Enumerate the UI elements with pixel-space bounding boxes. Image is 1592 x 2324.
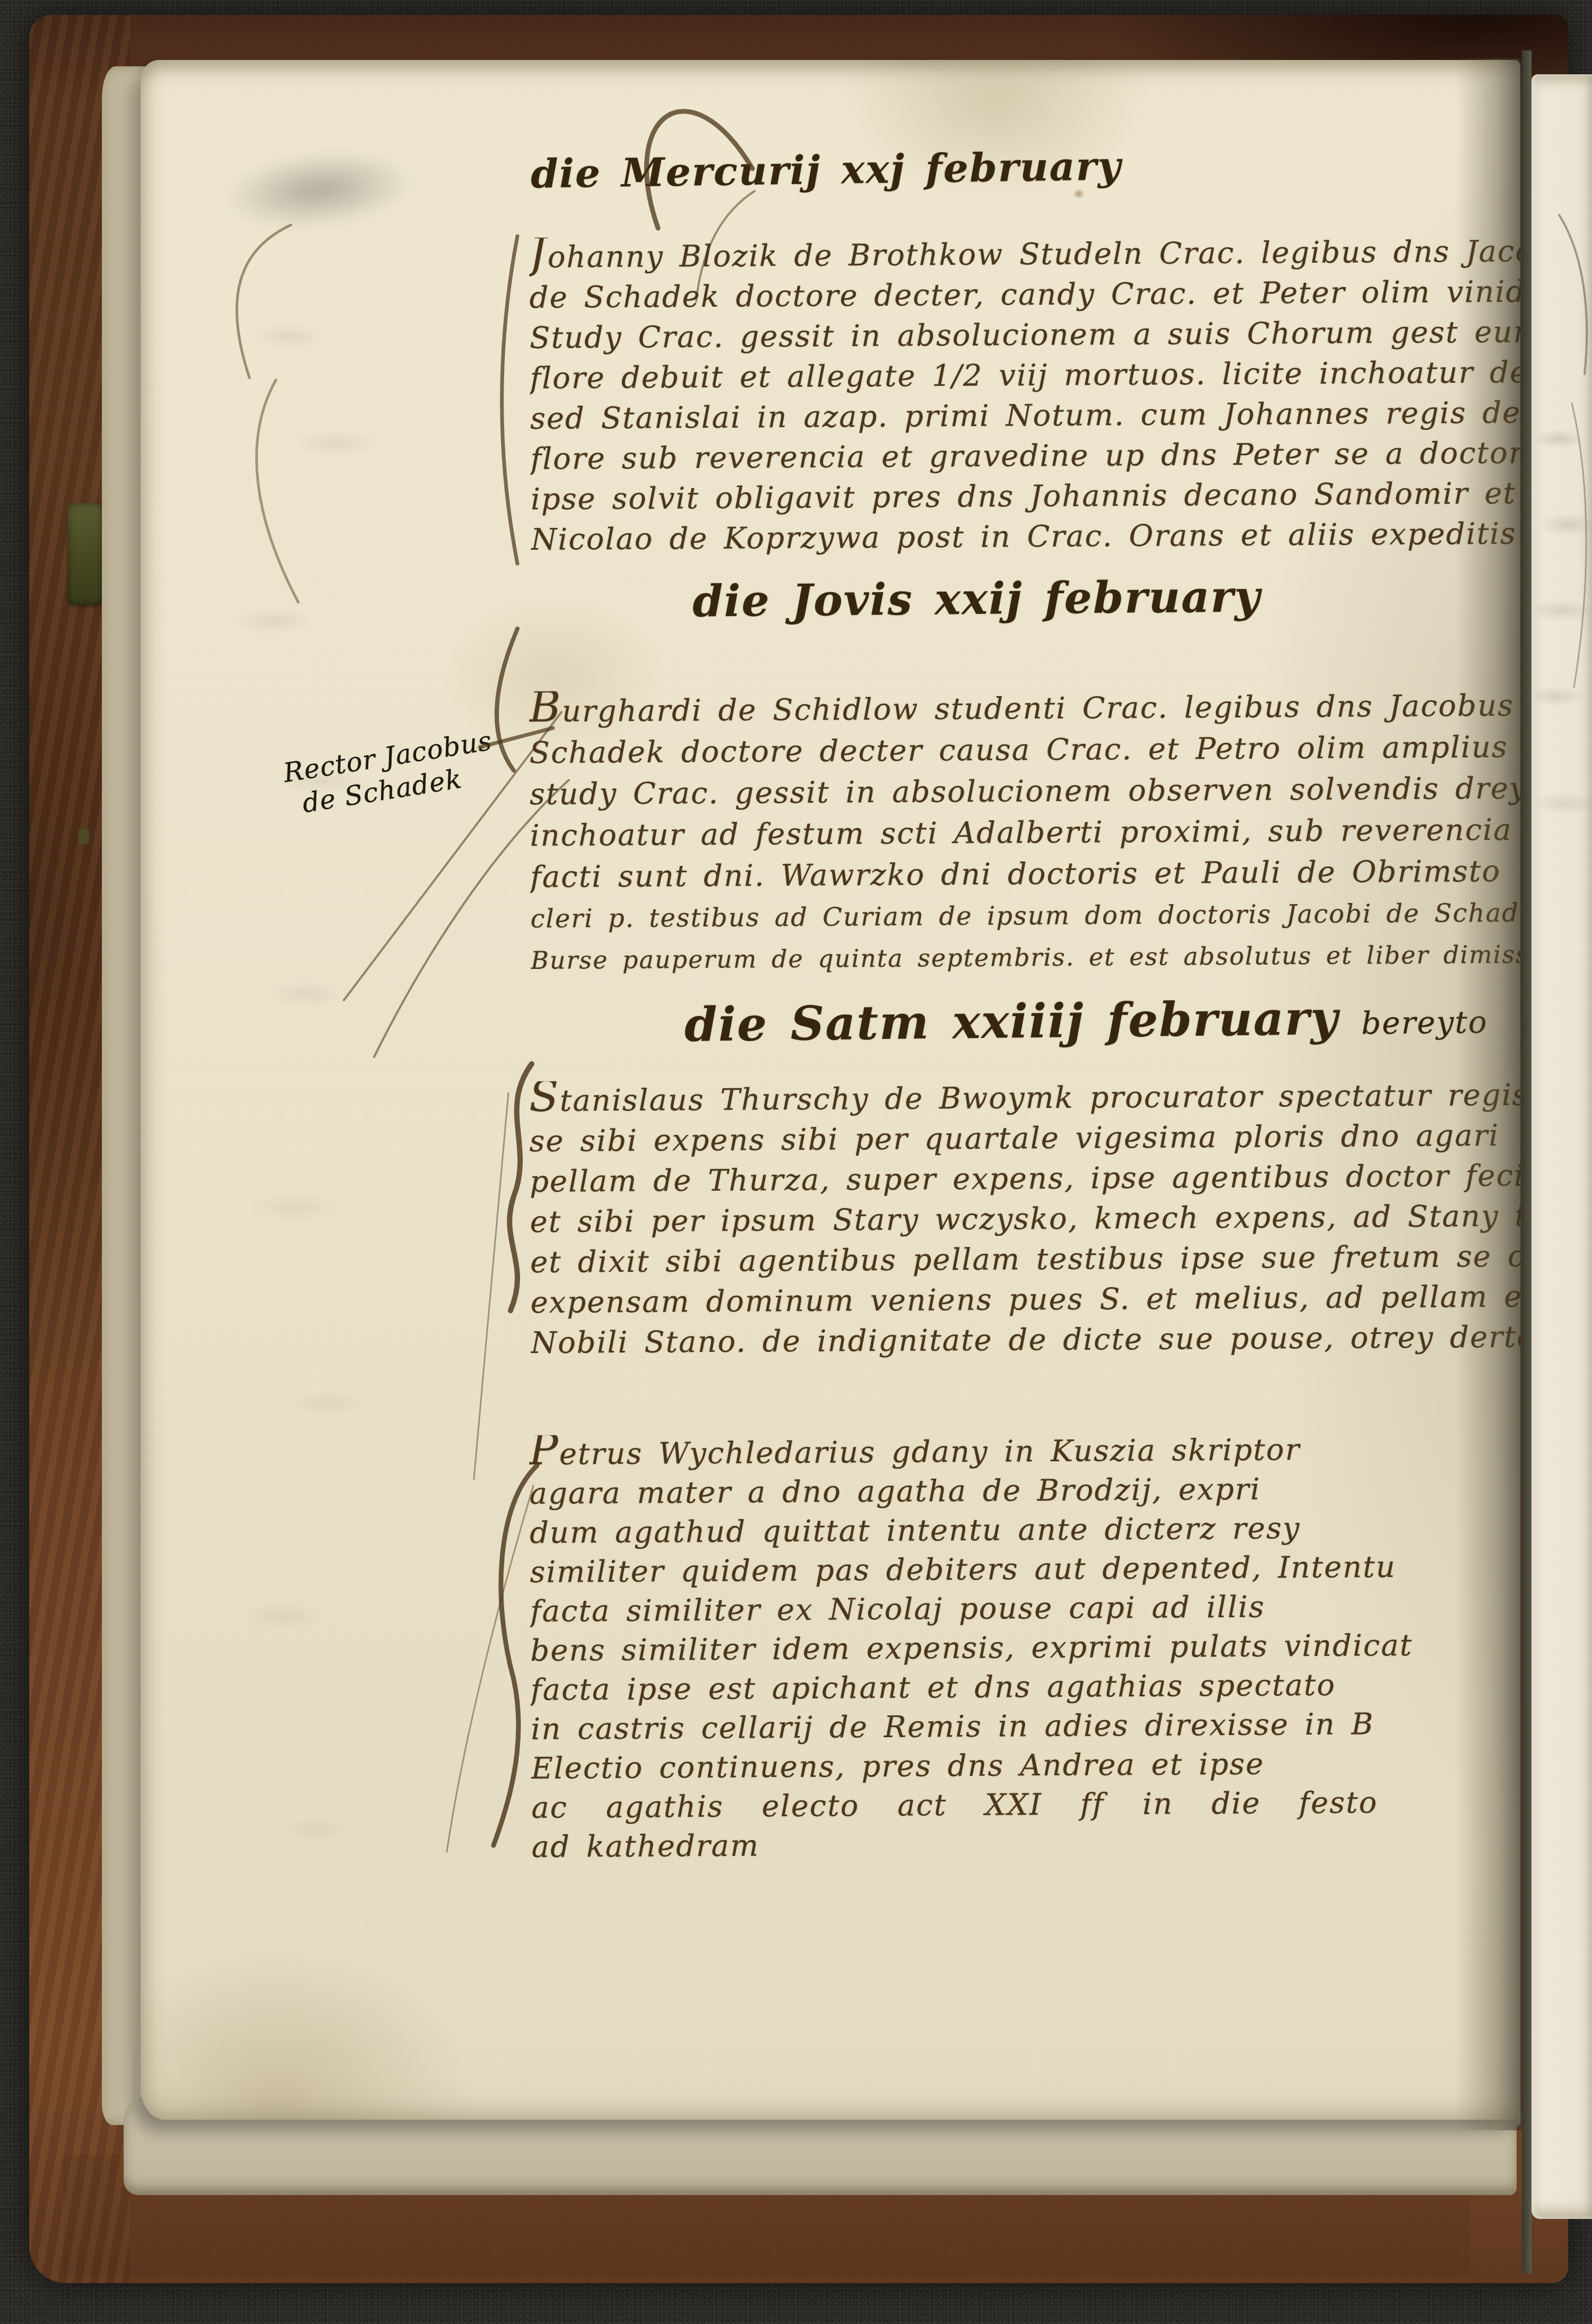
entry-line: similiter quidem pas debiters aut depent… [530,1547,1520,1592]
ink-bleed-through [162,230,480,2007]
entry-line: Nobili Stano. de indignitate de dicte su… [531,1317,1520,1364]
entry-line: Nicolao de Koprzywa post in Crac. Orans … [531,514,1520,560]
entry-line: pellam de Thurza, super expens, ipse age… [530,1156,1520,1202]
entry-line: study Crac. gessit in absolucionem obser… [530,768,1520,816]
entry-line: flore debuit et allegate 1/2 viij mortuo… [530,353,1520,399]
entry-block-1: Johanny Blozik de Brothkow Studeln Crac.… [529,232,1520,560]
entry-line: bens similiter idem expensis, exprimi pu… [530,1626,1520,1671]
entry-line: Stanislaus Thurschy de Bwoymk procurator… [529,1076,1520,1122]
entry-line: Burse pauperum de quinta septembris. et … [531,934,1520,981]
gutter-slot [1522,50,1532,2274]
entry-line: se sibi expens sibi per quartale vigesim… [529,1116,1520,1162]
clasp-strap-remnant [67,503,102,605]
entry-line: ad kathedram [532,1822,1520,1867]
entry-line: cleri p. testibus ad Curiam de ipsum dom… [530,892,1520,940]
entry-block-3: Stanislaus Thurschy de Bwoymk procurator… [529,1076,1520,1364]
gutter-shadow [1455,58,1525,2130]
date-heading-3-text: die Satm xxiiij february [684,990,1339,1052]
entry-line: Johanny Blozik de Brothkow Studeln Crac.… [529,232,1520,278]
entry-line: Schadek doctore decter causa Crac. et Pe… [529,727,1520,774]
entry-block-2: Burghardi de Schidlow studenti Crac. leg… [529,686,1520,981]
entry-line: sed Stanislai in azap. primi Notum. cum … [530,393,1520,439]
date-heading-2: die Jovis xxij february [693,571,1261,627]
manuscript-photograph: { "colors": { "background_felt": "#2c2b2… [0,0,1592,2324]
clasp-strap-fragment [79,829,89,844]
entry-line: de Schadek doctore decter, candy Crac. e… [529,272,1520,318]
entry-line: et sibi per ipsum Stary wczysko, kmech e… [530,1196,1520,1243]
entry-line: inchoatur ad festum scti Adalberti proxi… [530,810,1520,857]
entry-line: in castris cellarij de Remis in adies di… [531,1704,1520,1749]
entry-line: flore sub reverencia et gravedine up dns… [530,433,1520,480]
manuscript-page: die Mercurij xxj february Johanny Blozik… [141,60,1520,2120]
entry-line: dum agathud quittat intentu ante dicterz… [530,1508,1520,1553]
entry-line: agara mater a dno agatha de Brodzij, exp… [529,1469,1520,1514]
entry-block-4: Petrus Wychledarius gdany in Kuszia skri… [529,1429,1520,1867]
entry-line: facti sunt dni. Wawrzko dni doctoris et … [530,851,1520,898]
entry-line: Study Crac. gessit in absolucionem a sui… [530,313,1520,359]
date-heading-3: die Satm xxiiij february bereyto [684,988,1488,1052]
entry-line: et dixit sibi agentibus pellam testibus … [530,1237,1520,1283]
entry-line: ac agathis electo act XXI ff in die fest… [531,1783,1520,1828]
entry-line: Petrus Wychledarius gdany in Kuszia skri… [529,1429,1520,1475]
entry-line: facta ipse est apichant et dns agathias … [531,1665,1520,1710]
entry-line: Burghardi de Schidlow studenti Crac. leg… [529,686,1520,733]
next-page-edge-strip [1532,74,1592,2219]
entry-line: facta similiter ex Nicolaj pouse capi ad… [530,1586,1520,1632]
entry-line: ipse solvit obligavit pres dns Johannis … [531,474,1520,520]
entry-line: expensam dominum veniens pues S. et meli… [530,1277,1520,1323]
entry-line: Electio continuens, pres dns Andrea et i… [531,1744,1520,1789]
date-heading-1: die Mercurij xxj february [530,143,1121,197]
